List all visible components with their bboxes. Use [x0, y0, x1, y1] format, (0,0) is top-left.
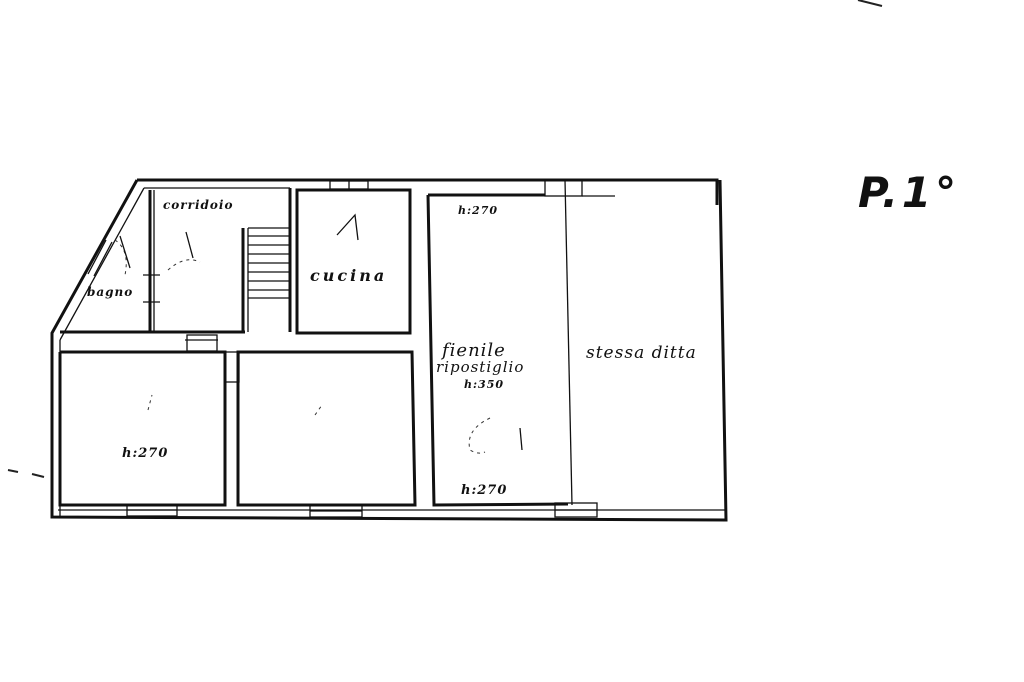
room-label-stessa-ditta: stessa ditta [586, 343, 697, 363]
floor-level-label: P.1° [858, 168, 960, 217]
floor-plan-drawing [0, 0, 1024, 682]
fienile-height-mid: h:350 [464, 378, 504, 391]
fienile-height-bottom: h:270 [461, 483, 507, 498]
room-height-camera-1: h:270 [122, 446, 168, 461]
staircase [243, 228, 290, 332]
fienile-height-top: h:270 [458, 204, 498, 217]
room-label-corridoio: corridoio [163, 198, 233, 212]
cucina-walls [290, 181, 410, 333]
room-sublabel-ripostiglio: ripostiglio [436, 358, 524, 376]
room-label-bagno: bagno [87, 285, 133, 299]
margin-mark-left [8, 470, 18, 472]
lower-rooms-walls [60, 335, 415, 517]
room-label-cucina: cucina [310, 266, 387, 285]
margin-mark-top-right [858, 0, 882, 6]
